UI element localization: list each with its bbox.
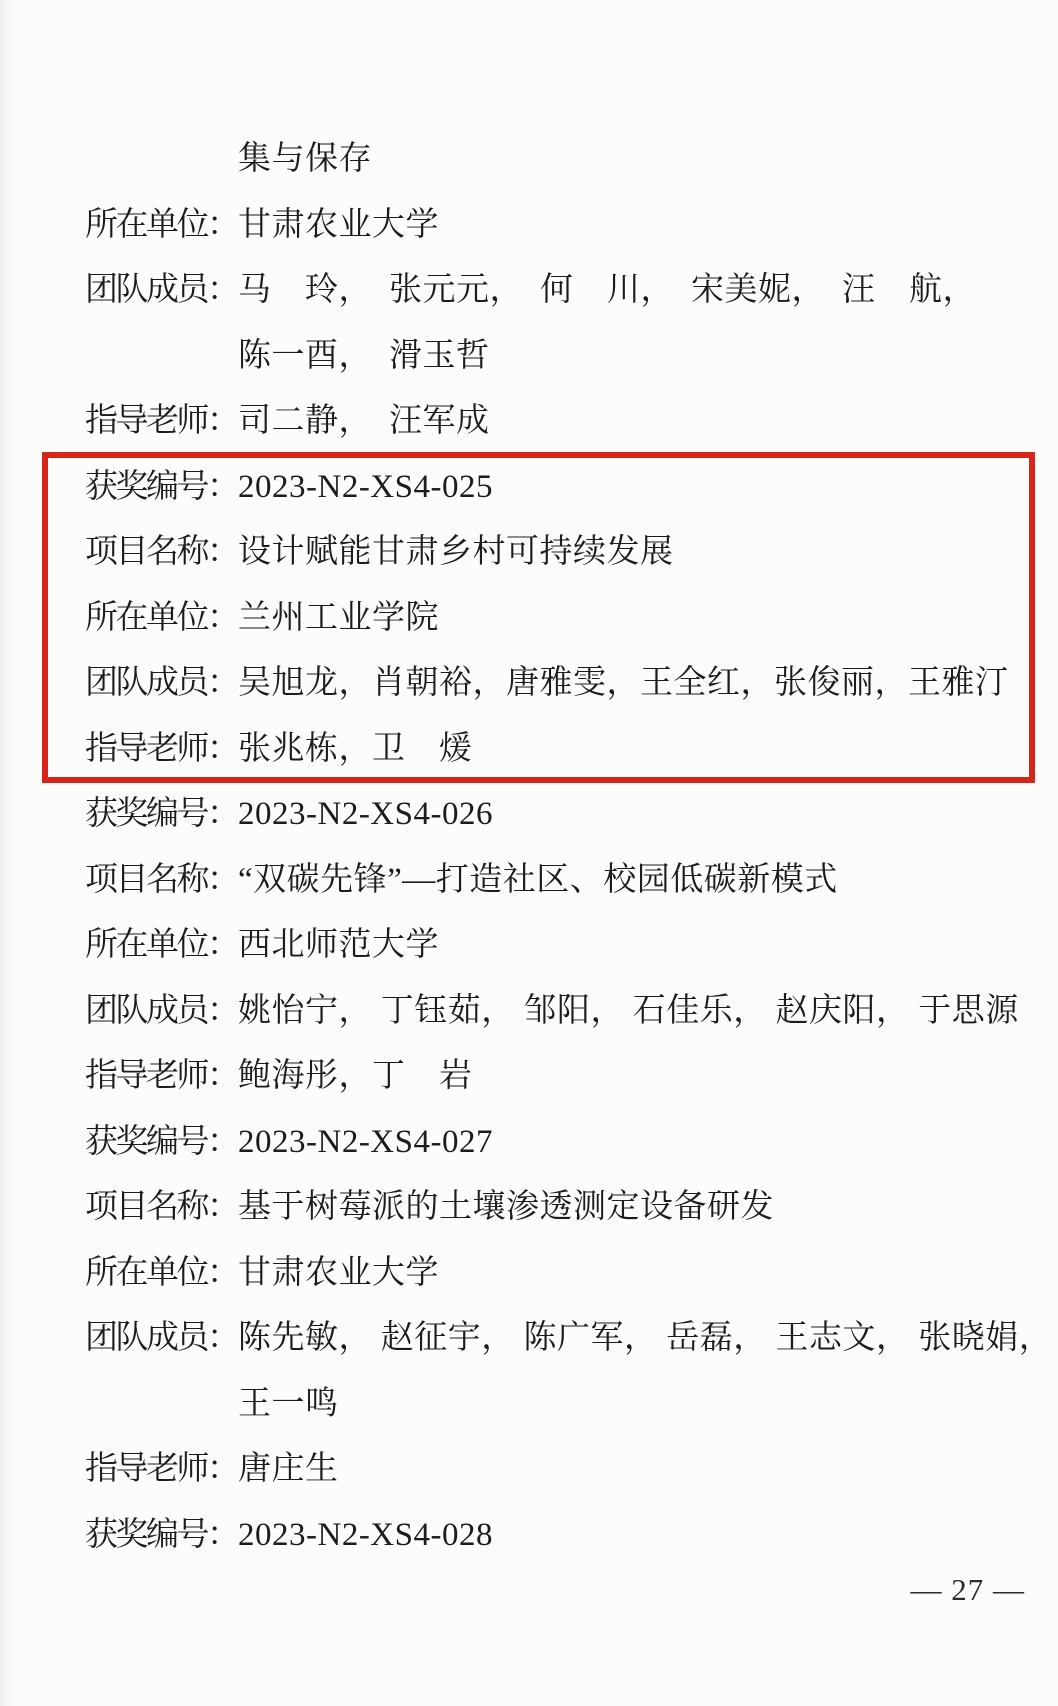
field-label: 指导老师： (85, 1060, 238, 1093)
line-award-number-027: 获奖编号： 2023-N2-XS4-027 (0, 1110, 1058, 1176)
field-value: 陈一酉， 滑玉哲 (238, 340, 490, 373)
field-label: 所在单位： (85, 929, 238, 962)
line-team-members: 团队成员： 马 玲， 张元元， 何 川， 宋美妮， 汪 航， (0, 258, 1058, 324)
field-label: 项目名称： (85, 864, 238, 897)
field-label: 项目名称： (85, 1191, 238, 1224)
field-label: 获奖编号： (85, 1519, 238, 1552)
field-label: 项目名称： (85, 536, 238, 569)
field-value: 吴旭龙，肖朝裕，唐雅雯，王全红，张俊丽，王雅汀 (238, 667, 1009, 700)
line-project-name-026: 项目名称： “双碳先锋”—打造社区、校园低碳新模式 (0, 848, 1058, 914)
line-team-members-025: 团队成员： 吴旭龙，肖朝裕，唐雅雯，王全红，张俊丽，王雅汀 (0, 651, 1058, 717)
field-value: 基于树莓派的土壤渗透测定设备研发 (238, 1191, 774, 1224)
document-page: 集与保存 所在单位： 甘肃农业大学 团队成员： 马 玲， 张元元， 何 川， 宋… (0, 0, 1058, 1706)
line-advisors: 指导老师： 司二静， 汪军成 (0, 389, 1058, 455)
line-advisors-025: 指导老师： 张兆栋，卫 煖 (0, 717, 1058, 783)
field-value: 王一鸣 (238, 1388, 339, 1421)
field-value: 设计赋能甘肃乡村可持续发展 (238, 536, 674, 569)
line-project-name-cont: 集与保存 (0, 127, 1058, 193)
line-project-name-025: 项目名称： 设计赋能甘肃乡村可持续发展 (0, 520, 1058, 586)
field-value: 唐庄生 (238, 1453, 339, 1486)
field-label: 所在单位： (85, 1257, 238, 1290)
field-label: 获奖编号： (85, 471, 238, 504)
award-list: 集与保存 所在单位： 甘肃农业大学 团队成员： 马 玲， 张元元， 何 川， 宋… (0, 127, 1058, 1568)
line-team-members-027: 团队成员： 陈先敏， 赵征宇， 陈广军， 岳磊， 王志文， 张晓娟， (0, 1306, 1058, 1372)
field-value: 陈先敏， 赵征宇， 陈广军， 岳磊， 王志文， 张晓娟， (238, 1322, 1052, 1355)
field-value: 2023-N2-XS4-027 (238, 1126, 493, 1159)
line-team-members-026: 团队成员： 姚怡宁， 丁钰茹， 邹阳， 石佳乐， 赵庆阳， 于思源 (0, 979, 1058, 1045)
line-advisors-026: 指导老师： 鲍海彤，丁 岩 (0, 1044, 1058, 1110)
field-value: 马 玲， 张元元， 何 川， 宋美妮， 汪 航， (238, 274, 976, 307)
field-value: “双碳先锋”—打造社区、校园低碳新模式 (238, 864, 838, 897)
field-value: 2023-N2-XS4-028 (238, 1519, 493, 1552)
field-value: 司二静， 汪军成 (238, 405, 490, 438)
line-host-unit-027: 所在单位： 甘肃农业大学 (0, 1241, 1058, 1307)
line-host-unit: 所在单位： 甘肃农业大学 (0, 193, 1058, 259)
line-host-unit-025: 所在单位： 兰州工业学院 (0, 586, 1058, 652)
line-advisors-027: 指导老师： 唐庄生 (0, 1437, 1058, 1503)
field-value: 鲍海彤，丁 岩 (238, 1060, 473, 1093)
field-label: 团队成员： (85, 995, 238, 1028)
field-label: 获奖编号： (85, 1126, 238, 1159)
line-project-name-027: 项目名称： 基于树莓派的土壤渗透测定设备研发 (0, 1175, 1058, 1241)
field-label: 团队成员： (85, 667, 238, 700)
line-award-number-025: 获奖编号： 2023-N2-XS4-025 (0, 455, 1058, 521)
field-label: 获奖编号： (85, 798, 238, 831)
field-value: 张兆栋，卫 煖 (238, 733, 473, 766)
line-team-members-027-cont: 王一鸣 (0, 1372, 1058, 1438)
field-label: 所在单位： (85, 602, 238, 635)
field-label: 指导老师： (85, 733, 238, 766)
field-value: 兰州工业学院 (238, 602, 439, 635)
line-team-members-cont: 陈一酉， 滑玉哲 (0, 324, 1058, 390)
field-label: 团队成员： (85, 1322, 238, 1355)
page-number: — 27 — (911, 1572, 1026, 1608)
field-label: 所在单位： (85, 209, 238, 242)
field-value: 2023-N2-XS4-025 (238, 471, 493, 504)
field-label: 指导老师： (85, 1453, 238, 1486)
field-value: 甘肃农业大学 (238, 209, 439, 242)
line-award-number-028: 获奖编号： 2023-N2-XS4-028 (0, 1503, 1058, 1569)
field-label: 指导老师： (85, 405, 238, 438)
line-host-unit-026: 所在单位： 西北师范大学 (0, 913, 1058, 979)
line-award-number-026: 获奖编号： 2023-N2-XS4-026 (0, 782, 1058, 848)
field-value: 集与保存 (238, 143, 372, 176)
field-value: 姚怡宁， 丁钰茹， 邹阳， 石佳乐， 赵庆阳， 于思源 (238, 995, 1019, 1028)
field-value: 甘肃农业大学 (238, 1257, 439, 1290)
field-value: 西北师范大学 (238, 929, 439, 962)
field-label: 团队成员： (85, 274, 238, 307)
field-value: 2023-N2-XS4-026 (238, 798, 493, 831)
